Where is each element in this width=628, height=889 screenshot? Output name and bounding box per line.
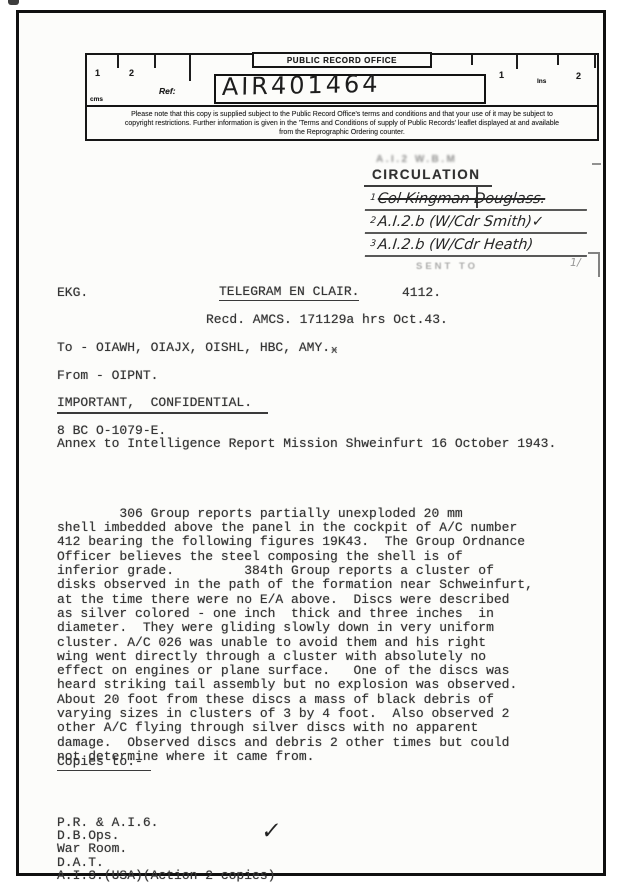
circulation-title: CIRCULATION [372, 167, 481, 182]
ruler-tick [557, 55, 559, 65]
copies-item: War Room. [57, 842, 275, 855]
sent-to-faded-text: SENT TO [416, 261, 478, 272]
ref-box: AIR401464 [214, 74, 486, 104]
body-line: wing went directly through a cluster wit… [57, 650, 533, 664]
handwritten-mark: ӿ [331, 343, 337, 356]
circulation-entry: 2A.I.2.b (W/Cdr Smith)✓ [365, 211, 589, 234]
circulation-stamp: A.I.2 W.B.M CIRCULATION 1Col Kingman Dou… [364, 156, 614, 286]
copyright-notice-line: Please note that this copy is supplied s… [87, 110, 597, 119]
to-line: To - OIAWH, OIAJX, OISHL, HBC, AMY.ӿ [57, 340, 336, 355]
circulation-entry-text: A.I.2.b (W/Cdr Smith)✓ [377, 214, 545, 230]
pro-stamp-title: PUBLIC RECORD OFFICE [252, 52, 432, 68]
copies-item: D.A.T. [57, 856, 275, 869]
circulation-entry-number: 3 [370, 239, 377, 249]
checkmark: ✓ [260, 818, 282, 845]
circulation-entry-text: Col Kingman Douglass. [377, 191, 546, 207]
ruler-tick [471, 55, 473, 65]
body-line: disks observed in the path of the format… [57, 578, 533, 592]
body-line: damage. Observed discs and debris 2 othe… [57, 736, 533, 750]
page-border: PUBLIC RECORD OFFICE 1 2 cms Ref: AIR401… [16, 10, 606, 876]
body-line: 412 bearing the following figures 19K43.… [57, 535, 533, 549]
received-line: Recd. AMCS. 171129a hrs Oct.43. [206, 312, 448, 327]
telegram-number: 4112. [402, 285, 441, 300]
body-line: shell imbedded above the panel in the co… [57, 521, 533, 535]
copies-heading-text: Copies to:- [57, 754, 151, 771]
cm-ruler-number: 1 [95, 68, 100, 78]
circulation-entry-number: 1 [370, 193, 377, 203]
scan-artifact [8, 0, 19, 5]
circulation-underline [364, 185, 492, 187]
body-line: cluster. A/C 026 was unable to avoid the… [57, 636, 533, 650]
ruler-tick [594, 55, 596, 68]
ruler-tick [516, 55, 518, 69]
circulation-entry-number: 2 [370, 216, 377, 226]
inch-ruler-unit: Ins [537, 78, 546, 85]
ruler-tick [189, 55, 191, 81]
body-line: as silver colored - one inch thick and t… [57, 607, 533, 621]
body-line: effect on engines or plane surface. One … [57, 664, 533, 678]
body-line: heard striking tail assembly but no expl… [57, 678, 533, 692]
pen-bracket-mark [588, 252, 600, 277]
body-line: 306 Group reports partially unexploded 2… [57, 507, 533, 521]
inch-ruler-number: 2 [576, 71, 581, 81]
ref-label: Ref: [159, 86, 176, 96]
telegram-title: TELEGRAM EN CLAIR. [219, 284, 359, 301]
to-text: To - OIAWH, OIAJX, OISHL, HBC, AMY. [57, 340, 330, 355]
from-line: From - OIPNT. [57, 368, 158, 383]
copies-heading: Copies to:- [57, 754, 151, 769]
handwritten-mark: 1/ [570, 256, 581, 269]
copies-list: P.R. & A.I.6.D.B.Ops.War Room.D.A.T.A.I.… [57, 777, 275, 882]
body-line: other A/C flying through silver discs wi… [57, 721, 533, 735]
circulation-entry: 3A.I.2.b (W/Cdr Heath) [365, 234, 589, 257]
pen-dash-mark [592, 163, 601, 165]
faded-stamp-text: A.I.2 W.B.M [376, 154, 506, 163]
body-line: Officer believes the steel composing the… [57, 550, 533, 564]
classification-text: IMPORTANT, CONFIDENTIAL. [57, 395, 268, 414]
subject-line: Annex to Intelligence Report Mission Shw… [57, 436, 556, 451]
copyright-notice-line: from the Reprographic Ordering counter. [87, 128, 597, 137]
telegram-originator: EKG. [57, 285, 88, 300]
ruler-tick [117, 55, 119, 68]
cm-ruler-unit: cms [90, 96, 103, 103]
copyright-notice-line: copyright restrictions. Further informat… [87, 119, 597, 128]
public-record-office-stamp: PUBLIC RECORD OFFICE 1 2 cms Ref: AIR401… [85, 53, 599, 141]
circulation-entries: 1Col Kingman Douglass.2A.I.2.b (W/Cdr Sm… [366, 188, 588, 257]
telegram-body: 306 Group reports partially unexploded 2… [57, 464, 533, 764]
scanned-document-page: PUBLIC RECORD OFFICE 1 2 cms Ref: AIR401… [0, 0, 628, 889]
body-line: at the time there were no E/A above. Dis… [57, 593, 533, 607]
inch-ruler-number: 1 [499, 70, 504, 80]
body-line: inferior grade. 384th Group reports a cl… [57, 564, 533, 578]
body-line: varying sizes in clusters of 3 by 4 foot… [57, 707, 533, 721]
ruler-tick [154, 55, 156, 68]
handwritten-reference: AIR401464 [222, 68, 484, 102]
body-line: About 20 foot from these discs a mass of… [57, 693, 533, 707]
cm-ruler-number: 2 [129, 68, 134, 78]
body-line: diameter. They were gliding slowly down … [57, 621, 533, 635]
copies-item: A.I.3.(USA)(Action 2 copies) [57, 869, 275, 882]
circulation-entry: 1Col Kingman Douglass. [365, 188, 589, 211]
circulation-entry-text: A.I.2.b (W/Cdr Heath) [377, 237, 534, 253]
copyright-notice: Please note that this copy is supplied s… [87, 105, 597, 137]
classification-line: IMPORTANT, CONFIDENTIAL. [57, 395, 268, 410]
